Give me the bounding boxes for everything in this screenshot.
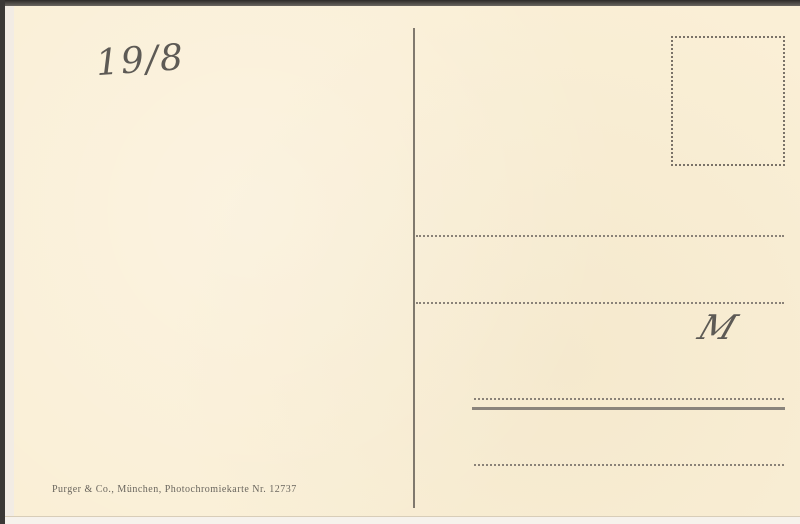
address-line-1 bbox=[416, 235, 784, 237]
address-line-3 bbox=[474, 398, 784, 400]
scan-bottom-edge bbox=[5, 516, 800, 524]
publisher-imprint: Purger & Co., München, Photochromiekarte… bbox=[52, 484, 297, 495]
message-address-divider bbox=[413, 28, 415, 508]
address-line-4 bbox=[474, 464, 784, 466]
address-line-2 bbox=[416, 302, 784, 304]
handwritten-date: 19/8 bbox=[95, 37, 186, 84]
stamp-box bbox=[671, 36, 785, 166]
address-underline bbox=[472, 407, 785, 410]
